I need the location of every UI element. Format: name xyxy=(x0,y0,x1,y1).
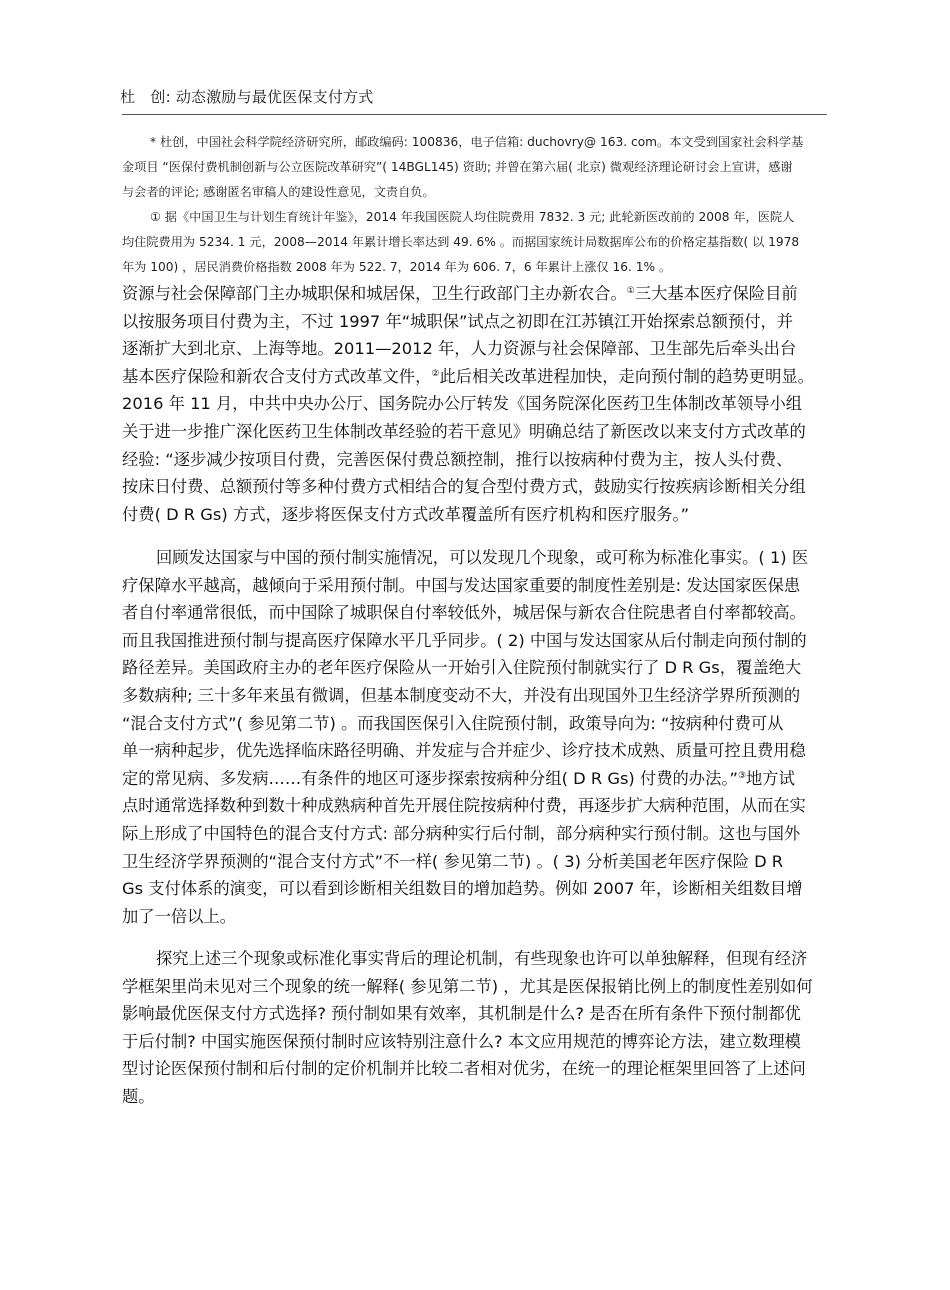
footnote-line: 与会者的评论; 感谢匿名审稿人的建设性意见，文责自负。 xyxy=(122,180,827,205)
paragraph-1: 资源与社会保障部门主办城职保和城居保，卫生行政部门主办新农合。①三大基本医疗保险… xyxy=(122,280,830,528)
body-line: 逐渐扩大到北京、上海等地。2011—2012 年，人力资源与社会保障部、卫生部先… xyxy=(122,335,830,363)
footnote-ref-3[interactable]: ③ xyxy=(738,771,746,781)
body-line: 际上形成了中国特色的混合支付方式: 部分病种实行后付制，部分病种实行预付制。这也… xyxy=(122,820,830,848)
header-rule xyxy=(122,114,827,115)
body-line: 探究上述三个现象或标准化事实背后的理论机制，有些现象也许可以单独解释，但现有经济 xyxy=(122,945,830,973)
body-line: 付费( D R Gs) 方式，逐步将医保支付方式改革覆盖所有医疗机构和医疗服务。… xyxy=(122,501,830,529)
body-line: 回顾发达国家与中国的预付制实施情况，可以发现几个现象，或可称为标准化事实。( 1… xyxy=(122,544,830,572)
paragraph-2: 回顾发达国家与中国的预付制实施情况，可以发现几个现象，或可称为标准化事实。( 1… xyxy=(122,544,830,930)
body-line: 点时通常选择数种到数十种成熟病种首先开展住院按病种付费，再逐步扩大病种范围，从而… xyxy=(122,792,830,820)
running-head: 杜 创: 动态激励与最优医保支付方式 xyxy=(120,86,373,107)
body-line: 按床日付费、总额预付等多种付费方式相结合的复合型付费方式，鼓励实行按疾病诊断相关… xyxy=(122,473,830,501)
footnote-line: ① 据《中国卫生与计划生育统计年鉴》，2014 年我国医院人均住院费用 7832… xyxy=(122,205,827,230)
body-line: 者自付率通常很低，而中国除了城职保自付率较低外，城居保与新农合住院患者自付率都较… xyxy=(122,599,830,627)
body-line: 2016 年 11 月，中共中央办公厅、国务院办公厅转发《国务院深化医药卫生体制… xyxy=(122,390,830,418)
body-line: 多数病种; 三十多年来虽有微调，但基本制度变动不大，并没有出现国外卫生经济学界所… xyxy=(122,682,830,710)
body-line: 题。 xyxy=(122,1083,830,1111)
body-line: 基本医疗保险和新农合支付方式改革文件，②此后相关改革进程加快，走向预付制的趋势更… xyxy=(122,363,830,391)
body-line: 影响最优医保支付方式选择? 预付制如果有效率，其机制是什么? 是否在所有条件下预… xyxy=(122,1000,830,1028)
body-line: 型讨论医保预付制和后付制的定价机制并比较二者相对优劣，在统一的理论框架里回答了上… xyxy=(122,1055,830,1083)
body-line: 疗保障水平越高，越倾向于采用预付制。中国与发达国家重要的制度性差别是: 发达国家… xyxy=(122,572,830,600)
footnote-1: ① 据《中国卫生与计划生育统计年鉴》，2014 年我国医院人均住院费用 7832… xyxy=(122,205,827,280)
footnote-ref-1[interactable]: ① xyxy=(627,286,635,296)
paragraph-3: 探究上述三个现象或标准化事实背后的理论机制，有些现象也许可以单独解释，但现有经济… xyxy=(122,945,830,1111)
footnote-author: * 杜创，中国社会科学院经济研究所，邮政编码: 100836，电子信箱: duc… xyxy=(122,130,827,205)
body-line: 经验: “逐步减少按项目付费，完善医保付费总额控制，推行以按病种付费为主，按人头… xyxy=(122,446,830,474)
body-line: 加了一倍以上。 xyxy=(122,903,830,931)
footnote-line: 金项目 “医保付费机制创新与公立医院改革研究”( 14BGL145) 资助; 并… xyxy=(122,155,827,180)
body-line: 卫生经济学界预测的“混合支付方式”不一样( 参见第二节) 。( 3) 分析美国老… xyxy=(122,848,830,876)
body-line: 定的常见病、多发病……有条件的地区可逐步探索按病种分组( D R Gs) 付费的… xyxy=(122,765,830,793)
body-line: 关于进一步推广深化医药卫生体制改革经验的若干意见》明确总结了新医改以来支付方式改… xyxy=(122,418,830,446)
footnote-line: * 杜创，中国社会科学院经济研究所，邮政编码: 100836，电子信箱: duc… xyxy=(122,130,827,155)
footnote-line: 年为 100) ，居民消费价格指数 2008 年为 522. 7，2014 年为… xyxy=(122,255,827,280)
body-line: “混合支付方式”( 参见第二节) 。而我国医保引入住院预付制，政策导向为: “按… xyxy=(122,710,830,738)
body-line: 资源与社会保障部门主办城职保和城居保，卫生行政部门主办新农合。①三大基本医疗保险… xyxy=(122,280,830,308)
body-line: 以按服务项目付费为主，不过 1997 年“城职保”试点之初即在江苏镇江开始探索总… xyxy=(122,308,830,336)
footnote-line: 均住院费用为 5234. 1 元，2008—2014 年累计增长率达到 49. … xyxy=(122,230,827,255)
body-line: 单一病种起步，优先选择临床路径明确、并发症与合并症少、诊疗技术成熟、质量可控且费… xyxy=(122,737,830,765)
body-line: 路径差异。美国政府主办的老年医疗保险从一开始引入住院预付制就实行了 D R Gs… xyxy=(122,654,830,682)
body-line: Gs 支付体系的演变，可以看到诊断相关组数目的增加趋势。例如 2007 年，诊断… xyxy=(122,875,830,903)
body-line: 学框架里尚未见对三个现象的统一解释( 参见第二节) ，尤其是医保报销比例上的制度… xyxy=(122,973,830,1001)
body-line: 而且我国推进预付制与提高医疗保障水平几乎同步。( 2) 中国与发达国家从后付制走… xyxy=(122,627,830,655)
body-line: 于后付制? 中国实施医保预付制时应该特别注意什么? 本文应用规范的博弈论方法，建… xyxy=(122,1028,830,1056)
